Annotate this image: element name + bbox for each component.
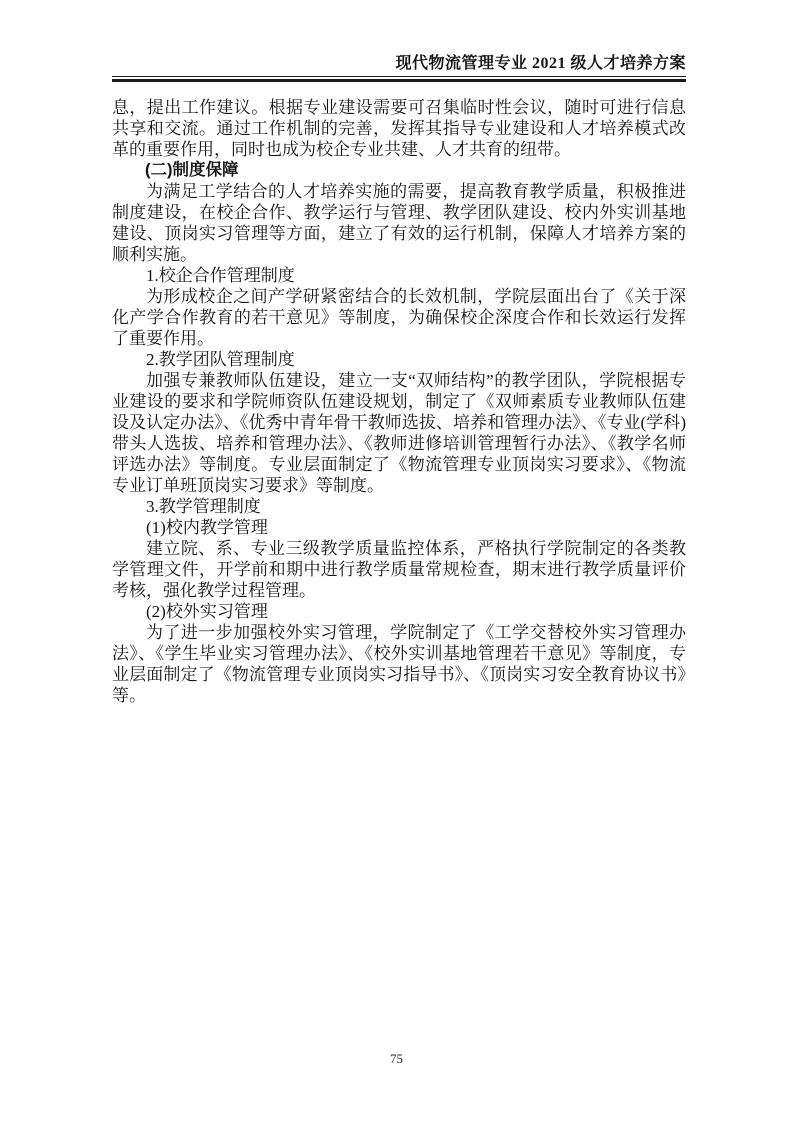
subheading-3: 3.教学管理制度: [112, 496, 686, 517]
subheading-3-1: (1)校内教学管理: [112, 517, 686, 538]
subheading-3-2: (2)校外实习管理: [112, 601, 686, 622]
page-footer: 75: [0, 1051, 793, 1067]
paragraph: 建立院、系、专业三级教学质量监控体系，严格执行学院制定的各类教学管理文件，开学前…: [112, 538, 686, 601]
document-body: 息，提出工作建议。根据专业建设需要可召集临时性会议，随时可进行信息共享和交流。通…: [112, 97, 686, 706]
section-heading: (二)制度保障: [112, 160, 686, 181]
document-page: 现代物流管理专业 2021 级人才培养方案 息，提出工作建议。根据专业建设需要可…: [0, 0, 793, 1122]
paragraph: 为了进一步加强校外实习管理，学院制定了《工学交替校外实习管理办法》、《学生毕业实…: [112, 622, 686, 706]
header-rule-thin: [112, 76, 686, 77]
paragraph: 为满足工学结合的人才培养实施的需要，提高教育教学质量，积极推进制度建设，在校企合…: [112, 181, 686, 265]
paragraph: 加强专兼教师队伍建设，建立一支“双师结构”的教学团队，学院根据专业建设的要求和学…: [112, 370, 686, 496]
paragraph-continuation: 息，提出工作建议。根据专业建设需要可召集临时性会议，随时可进行信息共享和交流。通…: [112, 97, 686, 160]
subheading-2: 2.教学团队管理制度: [112, 349, 686, 370]
page-header: 现代物流管理专业 2021 级人才培养方案: [112, 54, 686, 82]
header-rule-thick: [112, 79, 686, 82]
subheading-1: 1.校企合作管理制度: [112, 265, 686, 286]
paragraph: 为形成校企之间产学研紧密结合的长效机制，学院层面出台了《关于深化产学合作教育的若…: [112, 286, 686, 349]
page-number: 75: [390, 1051, 403, 1066]
header-title: 现代物流管理专业 2021 级人才培养方案: [112, 54, 686, 73]
